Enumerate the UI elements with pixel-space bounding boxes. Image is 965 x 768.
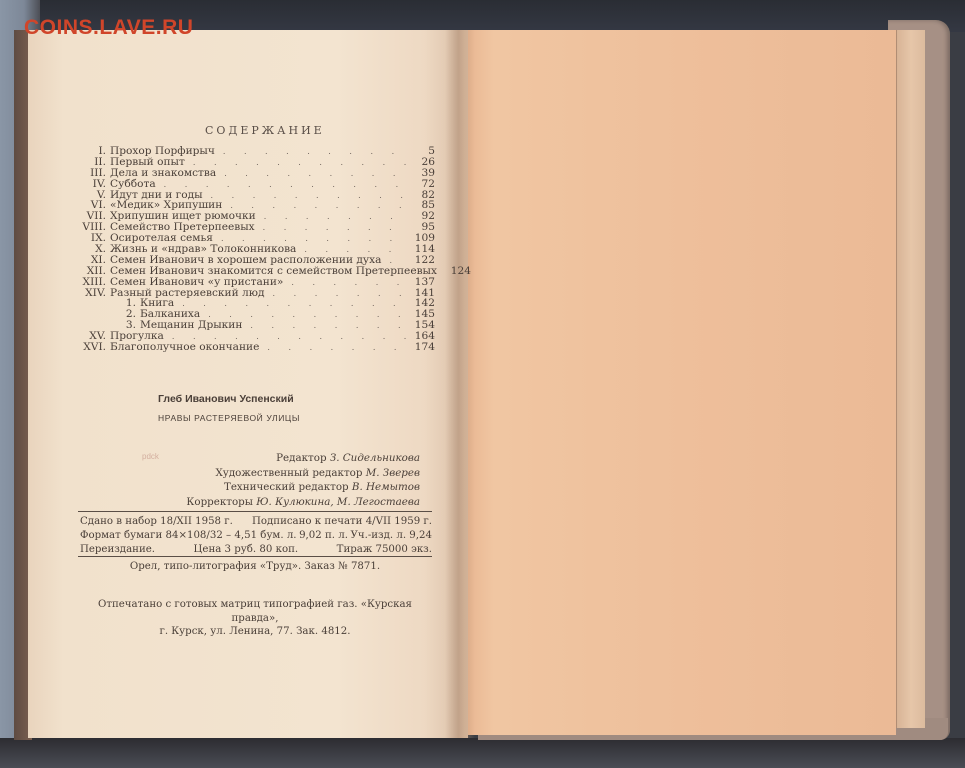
imprint-row-1: Сдано в набор 18/XII 1958 г. Подписано к… xyxy=(80,515,432,529)
toc-leader-dots: . . . . . . . . . . . . . . . . . . . . … xyxy=(256,212,409,223)
toc-entry-number: XVI. xyxy=(70,342,110,353)
toc-entry-number: XIV. xyxy=(70,288,110,299)
toc-entry-title: Суббота xyxy=(110,179,156,190)
toc-entry: 1.Книга. . . . . . . . . . . . . . . . .… xyxy=(70,298,435,309)
toc-entry-page: 137 xyxy=(409,277,435,288)
toc-leader-dots: . . . . . . . . . . . . . . . . . . . . … xyxy=(174,299,409,310)
toc-entry: XVI.Благополучное окончание. . . . . . .… xyxy=(70,342,435,353)
scan-background-bottom xyxy=(0,738,965,768)
toc-entry: IV.Суббота. . . . . . . . . . . . . . . … xyxy=(70,179,435,190)
imprint-block: Сдано в набор 18/XII 1958 г. Подписано к… xyxy=(80,515,432,557)
toc-entry: XIII.Семен Иванович «у пристани». . . . … xyxy=(70,277,435,288)
credit-art-editor: Художественный редактор М. Зверев xyxy=(20,466,420,481)
divider-top xyxy=(78,511,432,512)
divider-bottom xyxy=(78,556,432,557)
book-gutter xyxy=(445,30,475,738)
credit-proofreaders: Корректоры Ю. Кулюкина, М. Легостаева xyxy=(20,495,420,510)
credits-block: Редактор З. Сидельникова Художественный … xyxy=(20,451,420,510)
table-of-contents: I.Прохор Порфирыч. . . . . . . . . . . .… xyxy=(70,146,435,353)
toc-leader-dots: . . . . . . . . . . . . . . . . . . . . … xyxy=(215,147,409,158)
toc-entry-number: IV. xyxy=(70,179,110,190)
toc-leader-dots: . . . . . . . . . . . . . . . . . . . . … xyxy=(437,267,445,278)
page-stack-edge xyxy=(896,30,925,728)
toc-entry-page: 124 xyxy=(445,266,471,277)
toc-entry-page: 72 xyxy=(409,179,435,190)
toc-leader-dots: . . . . . . . . . . . . . . . . . . . . … xyxy=(265,289,409,300)
toc-entry: XIV.Разный растеряевский люд. . . . . . … xyxy=(70,288,435,299)
toc-leader-dots: . . . . . . . . . . . . . . . . . . . . … xyxy=(185,158,409,169)
toc-entry-page: 174 xyxy=(409,342,435,353)
toc-leader-dots: . . . . . . . . . . . . . . . . . . . . … xyxy=(216,169,409,180)
credit-tech-editor: Технический редактор В. Немытов xyxy=(20,480,420,495)
toc-entry-title: Семен Иванович «у пристани» xyxy=(110,277,283,288)
printer-info: Орел, типо-литография «Труд». Заказ № 78… xyxy=(78,561,432,572)
toc-leader-dots: . . . . . . . . . . . . . . . . . . . . … xyxy=(259,343,409,354)
toc-entry-title: Благополучное окончание xyxy=(110,342,259,353)
toc-entry: 2.Балканиха. . . . . . . . . . . . . . .… xyxy=(70,309,435,320)
toc-entry-number: XIII. xyxy=(70,277,110,288)
toc-leader-dots: . . . . . . . . . . . . . . . . . . . . … xyxy=(242,321,409,332)
watermark: COINS.LAVE.RU xyxy=(24,16,193,40)
toc-leader-dots: . . . . . . . . . . . . . . . . . . . . … xyxy=(255,223,409,234)
author-name: Глеб Иванович Успенский xyxy=(158,393,294,405)
toc-leader-dots: . . . . . . . . . . . . . . . . . . . . … xyxy=(283,278,409,289)
printed-by: Отпечатано с готовых матриц типографией … xyxy=(78,598,432,639)
right-page xyxy=(468,30,896,735)
toc-leader-dots: . . . . . . . . . . . . . . . . . . . . … xyxy=(203,191,409,202)
toc-title: СОДЕРЖАНИЕ xyxy=(205,124,325,137)
imprint-row-3: Переиздание. Цена 3 руб. 80 коп. Тираж 7… xyxy=(80,543,432,557)
imprint-row-2: Формат бумаги 84×108/32 – 4,51 бум. л. 9… xyxy=(80,529,432,543)
credit-editor: Редактор З. Сидельникова xyxy=(20,451,420,466)
book-title: НРАВЫ РАСТЕРЯЕВОЙ УЛИЦЫ xyxy=(158,413,300,423)
